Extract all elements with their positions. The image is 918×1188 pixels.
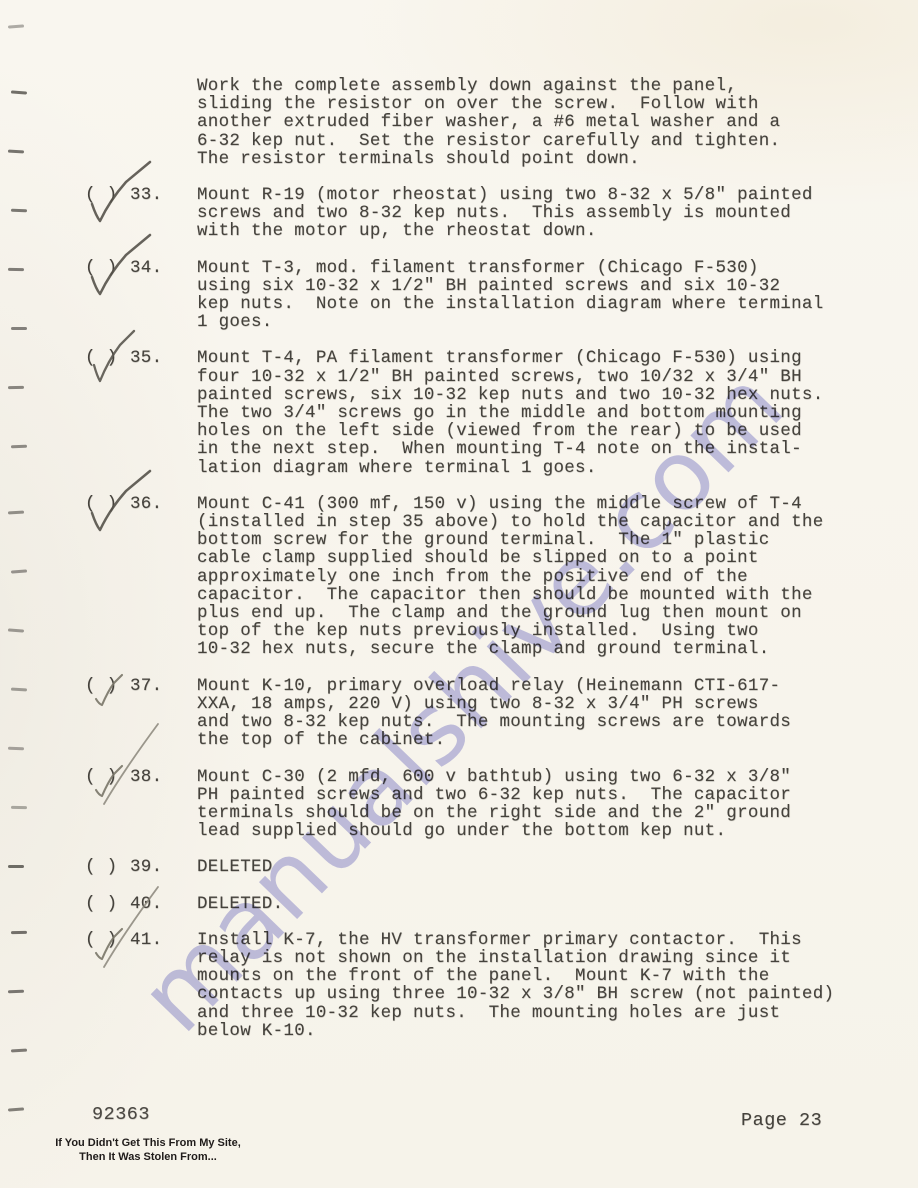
- step-text: Mount C-30 (2 mfd, 600 v bathtub) using …: [197, 768, 918, 841]
- paren-open: (: [85, 676, 96, 696]
- footer-page-number: Page 23: [741, 1110, 822, 1131]
- step-number: 41.: [130, 931, 162, 949]
- paren-close: ): [107, 676, 118, 696]
- step-checkbox-parens: ( ): [85, 259, 117, 277]
- theft-notice: If You Didn't Get This From My Site, The…: [38, 1136, 258, 1164]
- paren-close: ): [107, 767, 118, 787]
- step-row: ( ) 35. Mount T-4, PA filament transform…: [0, 349, 918, 476]
- paren-open: (: [85, 185, 96, 205]
- paren-close: ): [107, 857, 118, 877]
- step-checkbox-parens: ( ): [85, 858, 117, 876]
- paren-close: ): [107, 258, 118, 278]
- binder-mark: [8, 1107, 24, 1111]
- theft-notice-line1: If You Didn't Get This From My Site,: [38, 1136, 258, 1150]
- step-row: ( ) 33. Mount R-19 (motor rheostat) usin…: [0, 186, 918, 241]
- step-row: ( ) 37. Mount K-10, primary overload rel…: [0, 677, 918, 750]
- step-checkbox-parens: ( ): [85, 677, 117, 695]
- paren-open: (: [85, 894, 96, 914]
- paren-close: ): [107, 494, 118, 514]
- paren-close: ): [107, 894, 118, 914]
- step-text: Mount T-4, PA filament transformer (Chic…: [197, 349, 918, 476]
- step-checkbox-parens: ( ): [85, 768, 117, 786]
- step-checkbox-parens: ( ): [85, 495, 117, 513]
- step-text: Mount T-3, mod. filament transformer (Ch…: [197, 259, 918, 332]
- step-row: ( ) 38. Mount C-30 (2 mfd, 600 v bathtub…: [0, 768, 918, 841]
- intro-paragraph: Work the complete assembly down against …: [0, 77, 918, 168]
- step-text: DELETED.: [197, 895, 918, 913]
- step-number: 37.: [130, 677, 162, 695]
- step-number: 39.: [130, 858, 162, 876]
- paren-open: (: [85, 494, 96, 514]
- paren-close: ): [107, 185, 118, 205]
- page-content: Work the complete assembly down against …: [0, 77, 918, 1058]
- step-row: ( ) 36. Mount C-41 (300 mf, 150 v) using…: [0, 495, 918, 659]
- scanned-manual-page: Work the complete assembly down against …: [0, 0, 918, 1188]
- step-number: 33.: [130, 186, 162, 204]
- footer-doc-number: 92363: [92, 1104, 150, 1125]
- step-number: 34.: [130, 259, 162, 277]
- step-row: ( ) 39. DELETED: [0, 858, 918, 876]
- paren-close: ): [107, 930, 118, 950]
- paren-open: (: [85, 857, 96, 877]
- step-number: 36.: [130, 495, 162, 513]
- binder-mark: [8, 24, 24, 28]
- paren-close: ): [107, 348, 118, 368]
- paren-open: (: [85, 930, 96, 950]
- step-number: 40.: [130, 895, 162, 913]
- step-row: ( ) 40. DELETED.: [0, 895, 918, 913]
- step-text: Mount R-19 (motor rheostat) using two 8-…: [197, 186, 918, 241]
- step-text: Mount C-41 (300 mf, 150 v) using the mid…: [197, 495, 918, 659]
- step-checkbox-parens: ( ): [85, 186, 117, 204]
- step-row: ( ) 34. Mount T-3, mod. filament transfo…: [0, 259, 918, 332]
- paren-open: (: [85, 348, 96, 368]
- step-number: 35.: [130, 349, 162, 367]
- step-text: Mount K-10, primary overload relay (Hein…: [197, 677, 918, 750]
- paren-open: (: [85, 767, 96, 787]
- step-number: 38.: [130, 768, 162, 786]
- paren-open: (: [85, 258, 96, 278]
- steps-list: ( ) 33. Mount R-19 (motor rheostat) usin…: [0, 186, 918, 1040]
- step-text: DELETED: [197, 858, 918, 876]
- step-checkbox-parens: ( ): [85, 895, 117, 913]
- step-row: ( ) 41. Install K-7, the HV transformer …: [0, 931, 918, 1040]
- step-text: Install K-7, the HV transformer primary …: [197, 931, 918, 1040]
- handwritten-checkmark-icon: [82, 879, 172, 969]
- step-checkbox-parens: ( ): [85, 349, 117, 367]
- theft-notice-line2: Then It Was Stolen From...: [38, 1150, 258, 1164]
- step-checkbox-parens: ( ): [85, 931, 117, 949]
